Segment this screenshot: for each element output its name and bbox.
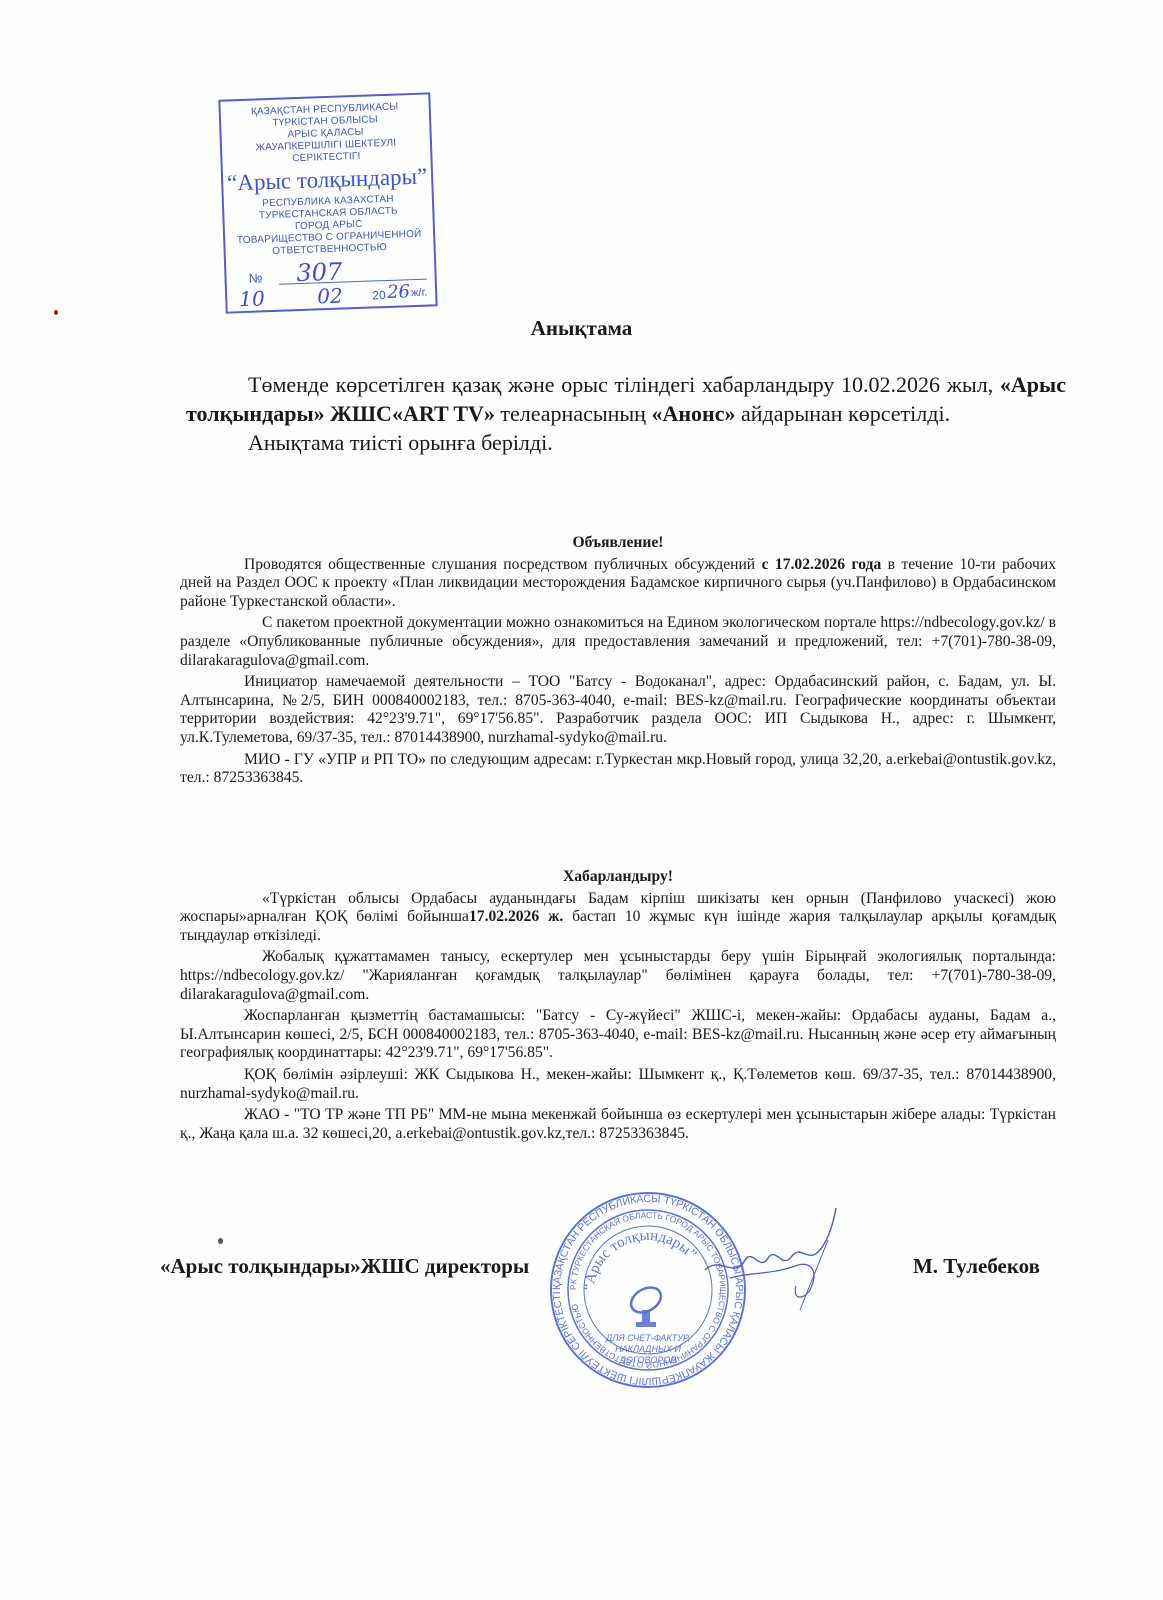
intro-text: айдарынан көрсетілді.: [735, 401, 950, 426]
date-bold: с 17.02.2026 года: [762, 556, 882, 573]
date-bold: 17.02.2026 ж.: [469, 908, 563, 925]
announcement-paragraph: Проводятся общественные слушания посредс…: [180, 556, 1056, 612]
announcement-ru-heading: Объявление!: [180, 534, 1056, 553]
intro-paragraph: Төменде көрсетілген қазақ және орыс тілі…: [186, 370, 1066, 428]
announcement-paragraph: ҚОҚ бөлімін әзірлеуші: ЖК Сыдыкова Н., м…: [180, 1066, 1056, 1103]
announcement-paragraph: Жоспарланған қызметтің бастамашысы: "Бат…: [180, 1007, 1056, 1063]
registration-stamp: ҚАЗАҚСТАН РЕСПУБЛИКАСЫ ТҮРКІСТАН ОБЛЫСЫ …: [218, 92, 437, 313]
scan-speck: [218, 1238, 223, 1244]
intro-text: телеарнасының: [495, 401, 652, 426]
announcement-paragraph: «Түркістан облысы Ордабасы ауданындағы Б…: [180, 890, 1056, 946]
handwritten-signature-icon: [700, 1200, 840, 1320]
stamp-year-handwritten: 26: [387, 281, 411, 303]
intro-bold-rubric: «Анонс»: [651, 401, 735, 426]
document-page: ҚАЗАҚСТАН РЕСПУБЛИКАСЫ ТҮРКІСТАН ОБЛЫСЫ …: [0, 0, 1163, 1600]
announcement-paragraph: Инициатор намечаемой деятельности – ТОО …: [180, 673, 1056, 747]
stamp-company-name: “Арыс толқындары”: [223, 162, 432, 197]
seal-purpose-line: ДЛЯ СЧЕТ-ФАКТУР,: [605, 1333, 690, 1343]
document-title: Анықтама: [0, 316, 1163, 341]
intro-block: Төменде көрсетілген қазақ және орыс тілі…: [186, 370, 1066, 457]
stamp-year-suffix: ж/г.: [411, 287, 428, 300]
intro-paragraph: Анықтама тиісті орынға берілді.: [186, 428, 1066, 457]
signatory-name: М. Тулебеков: [913, 1254, 1040, 1279]
announcement-paragraph: ЖАО - "ТО ТР және ТП РБ" ММ-не мына меке…: [180, 1106, 1056, 1143]
announcement-paragraph: МИО - ГУ «УПР и РП ТО» по следующим адре…: [180, 751, 1056, 788]
paragraph-text: Проводятся общественные слушания посредс…: [244, 556, 762, 573]
stamp-number-label: №: [248, 270, 262, 285]
seal-purpose-line: ДОГОВОРОВ: [619, 1355, 677, 1365]
announcement-ru: Объявление! Проводятся общественные слуш…: [180, 534, 1056, 791]
announcement-paragraph: С пакетом проектной документации можно о…: [180, 614, 1056, 670]
announcement-kz-heading: Хабарландыру!: [180, 868, 1056, 887]
stamp-date-month: 02: [317, 284, 343, 309]
announcement-paragraph: Жобалық құжаттамамен танысу, ескертулер …: [180, 948, 1056, 1004]
intro-text: Төменде көрсетілген қазақ және орыс тілі…: [248, 372, 1000, 397]
announcement-kz: Хабарландыру! «Түркістан облысы Ордабасы…: [180, 868, 1056, 1146]
stamp-date-day: 10: [239, 286, 265, 311]
signatory-position: «Арыс толқындары»ЖШС директоры: [160, 1254, 529, 1279]
stamp-year-prefix: 20: [372, 288, 386, 302]
seal-purpose-line: НАКЛАДНЫХ И: [615, 1344, 681, 1354]
scan-speck: [54, 310, 58, 315]
